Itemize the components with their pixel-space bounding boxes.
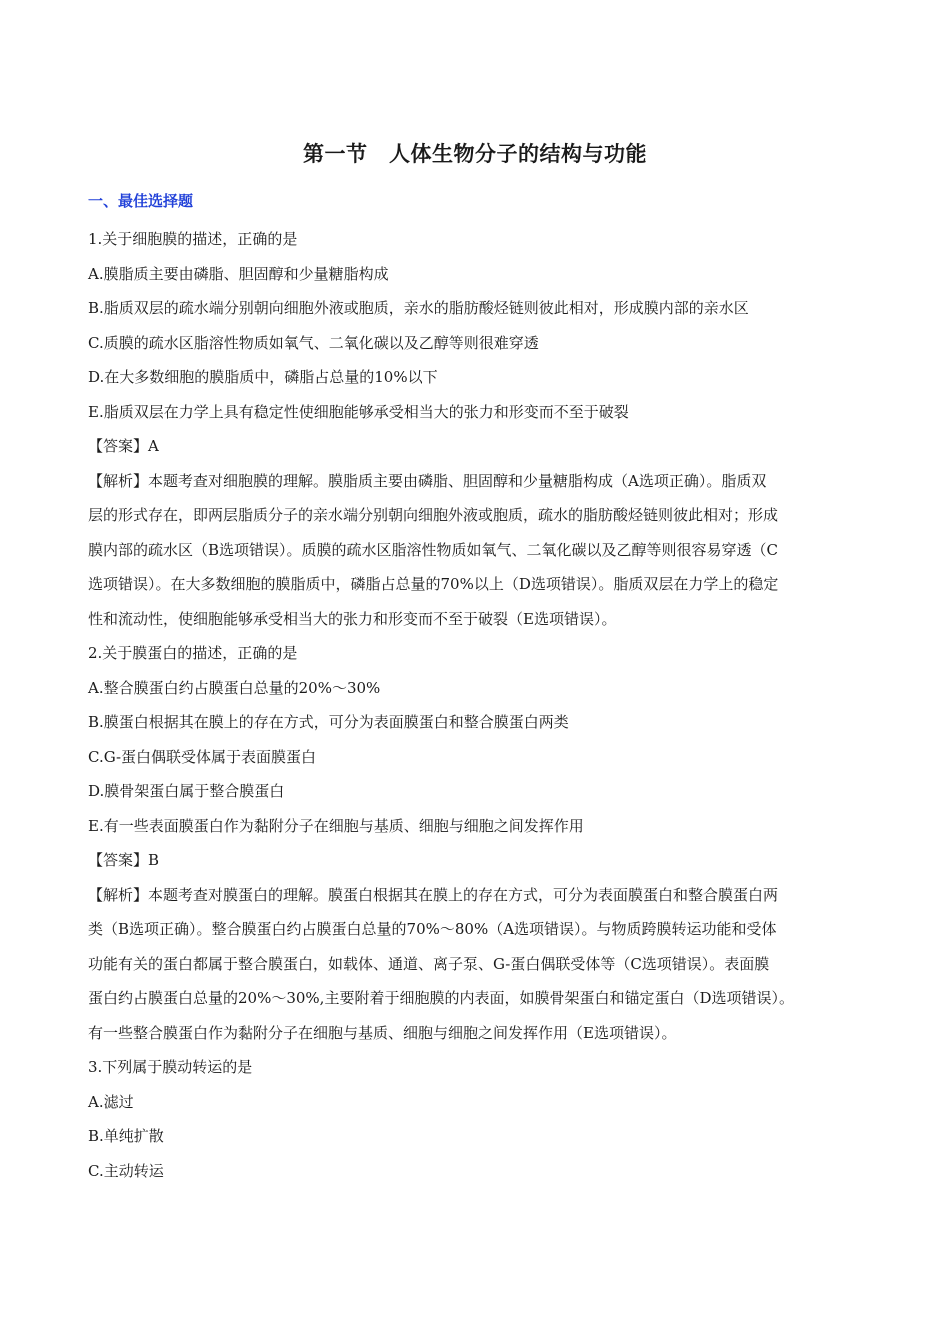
option-d: D.膜骨架蛋白属于整合膜蛋白 bbox=[88, 774, 878, 809]
section-heading: 一、最佳选择题 bbox=[88, 190, 193, 211]
answer: 【答案】A bbox=[88, 429, 878, 464]
option-b: B.膜蛋白根据其在膜上的存在方式，可分为表面膜蛋白和整合膜蛋白两类 bbox=[88, 705, 878, 740]
analysis: 【解析】本题考查对膜蛋白的理解。膜蛋白根据其在膜上的存在方式，可分为表面膜蛋白和… bbox=[88, 878, 878, 1051]
option-a: A.膜脂质主要由磷脂、胆固醇和少量糖脂构成 bbox=[88, 257, 878, 292]
option-c: C.质膜的疏水区脂溶性物质如氧气、二氧化碳以及乙醇等则很难穿透 bbox=[88, 326, 878, 361]
analysis-line: 性和流动性，使细胞能够承受相当大的张力和形变而不至于破裂（E选项错误）。 bbox=[88, 602, 878, 637]
analysis-line: 膜内部的疏水区（B选项错误）。质膜的疏水区脂溶性物质如氧气、二氧化碳以及乙醇等则… bbox=[88, 533, 878, 568]
option-a: A.整合膜蛋白约占膜蛋白总量的20%～30% bbox=[88, 671, 878, 706]
option-b: B.单纯扩散 bbox=[88, 1119, 878, 1154]
analysis-line: 有一些整合膜蛋白作为黏附分子在细胞与基质、细胞与细胞之间发挥作用（E选项错误）。 bbox=[88, 1016, 878, 1051]
option-c: C.主动转运 bbox=[88, 1154, 878, 1189]
analysis-line: 【解析】本题考查对细胞膜的理解。膜脂质主要由磷脂、胆固醇和少量糖脂构成（A选项正… bbox=[88, 464, 878, 499]
question-stem: 2.关于膜蛋白的描述，正确的是 bbox=[88, 636, 878, 671]
analysis-line: 选项错误）。在大多数细胞的膜脂质中，磷脂占总量的70%以上（D选项错误）。脂质双… bbox=[88, 567, 878, 602]
answer: 【答案】B bbox=[88, 843, 878, 878]
question-3: 3.下列属于膜动转运的是 A.滤过 B.单纯扩散 C.主动转运 bbox=[88, 1050, 878, 1188]
analysis-line: 【解析】本题考查对膜蛋白的理解。膜蛋白根据其在膜上的存在方式，可分为表面膜蛋白和… bbox=[88, 878, 878, 913]
analysis-line: 蛋白约占膜蛋白总量的20%～30%,主要附着于细胞膜的内表面，如膜骨架蛋白和锚定… bbox=[88, 981, 878, 1016]
question-1: 1.关于细胞膜的描述，正确的是 A.膜脂质主要由磷脂、胆固醇和少量糖脂构成 B.… bbox=[88, 222, 878, 636]
option-b: B.脂质双层的疏水端分别朝向细胞外液或胞质，亲水的脂肪酸烃链则彼此相对，形成膜内… bbox=[88, 291, 878, 326]
page-title: 第一节 人体生物分子的结构与功能 bbox=[0, 138, 950, 168]
question-2: 2.关于膜蛋白的描述，正确的是 A.整合膜蛋白约占膜蛋白总量的20%～30% B… bbox=[88, 636, 878, 1050]
option-c: C.G-蛋白偶联受体属于表面膜蛋白 bbox=[88, 740, 878, 775]
document-body: 1.关于细胞膜的描述，正确的是 A.膜脂质主要由磷脂、胆固醇和少量糖脂构成 B.… bbox=[88, 222, 878, 1188]
analysis-line: 功能有关的蛋白都属于整合膜蛋白，如载体、通道、离子泵、G-蛋白偶联受体等（C选项… bbox=[88, 947, 878, 982]
analysis-line: 类（B选项正确）。整合膜蛋白约占膜蛋白总量的70%～80%（A选项错误）。与物质… bbox=[88, 912, 878, 947]
option-a: A.滤过 bbox=[88, 1085, 878, 1120]
analysis: 【解析】本题考查对细胞膜的理解。膜脂质主要由磷脂、胆固醇和少量糖脂构成（A选项正… bbox=[88, 464, 878, 637]
question-stem: 3.下列属于膜动转运的是 bbox=[88, 1050, 878, 1085]
option-e: E.有一些表面膜蛋白作为黏附分子在细胞与基质、细胞与细胞之间发挥作用 bbox=[88, 809, 878, 844]
option-d: D.在大多数细胞的膜脂质中，磷脂占总量的10%以下 bbox=[88, 360, 878, 395]
option-e: E.脂质双层在力学上具有稳定性使细胞能够承受相当大的张力和形变而不至于破裂 bbox=[88, 395, 878, 430]
question-stem: 1.关于细胞膜的描述，正确的是 bbox=[88, 222, 878, 257]
analysis-line: 层的形式存在，即两层脂质分子的亲水端分别朝向细胞外液或胞质，疏水的脂肪酸烃链则彼… bbox=[88, 498, 878, 533]
